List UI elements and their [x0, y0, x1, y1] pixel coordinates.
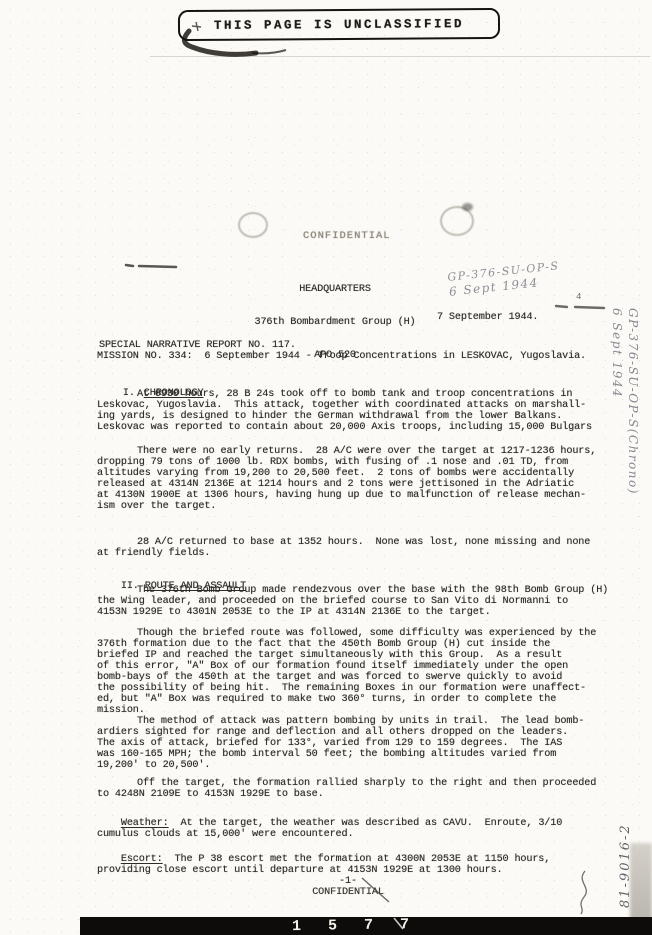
letterhead-headquarters: HEADQUARTERS — [195, 284, 475, 295]
paper-crease — [150, 56, 650, 57]
stray-digit-mark: 4 — [576, 292, 581, 302]
paragraph-over-target: There were no early returns. 28 A/C were… — [97, 446, 642, 512]
paragraph-rendezvous: The 376th Bomb Group made rendezvous ove… — [97, 585, 642, 618]
smudge-mark — [238, 212, 268, 238]
page-number: -1- — [98, 876, 598, 887]
letterhead: HEADQUARTERS 376th Bombardment Group (H)… — [195, 262, 475, 383]
classification-stamp-bottom: CONFIDENTIAL — [98, 887, 598, 898]
paragraph-returned: 28 A/C returned to base at 1352 hours. N… — [97, 537, 642, 559]
report-title: SPECIAL NARRATIVE REPORT NO. 117. — [99, 340, 296, 351]
bar-frame-number: 1 5 7 7 — [292, 916, 418, 935]
pen-dash-left — [126, 265, 176, 267]
scan-edge-black-bar: 1 5 7 7 — [80, 917, 652, 935]
mission-subtitle: MISSION NO. 334: 6 September 1944 - Troo… — [97, 351, 586, 362]
unclassified-banner: THIS PAGE IS UNCLASSIFIED — [178, 8, 500, 41]
ink-swoosh-tail — [252, 50, 286, 53]
paragraph-rally: Off the target, the formation rallied sh… — [97, 778, 642, 800]
escort-text: The P 38 escort met the formation at 430… — [97, 854, 550, 876]
weather-label: Weather: — [121, 818, 169, 829]
paragraph-takeoff: At 0930 hours, 28 B 24s took off to bomb… — [97, 389, 642, 433]
paragraph-route-difficulty: Though the briefed route was followed, s… — [97, 628, 642, 716]
scanned-document-page: THIS PAGE IS UNCLASSIFIED CONFIDENTIAL H… — [0, 0, 652, 935]
letterhead-group: 376th Bombardment Group (H) — [195, 317, 475, 328]
pen-dash-right — [556, 306, 604, 308]
ink-blot — [462, 203, 473, 211]
classification-stamp-top: CONFIDENTIAL — [303, 231, 391, 242]
escort-label: Escort: — [121, 854, 163, 865]
paragraph-method-of-attack: The method of attack was pattern bombing… — [97, 716, 642, 771]
report-date: 7 September 1944. — [437, 312, 538, 323]
unclassified-banner-text: THIS PAGE IS UNCLASSIFIED — [214, 17, 464, 33]
